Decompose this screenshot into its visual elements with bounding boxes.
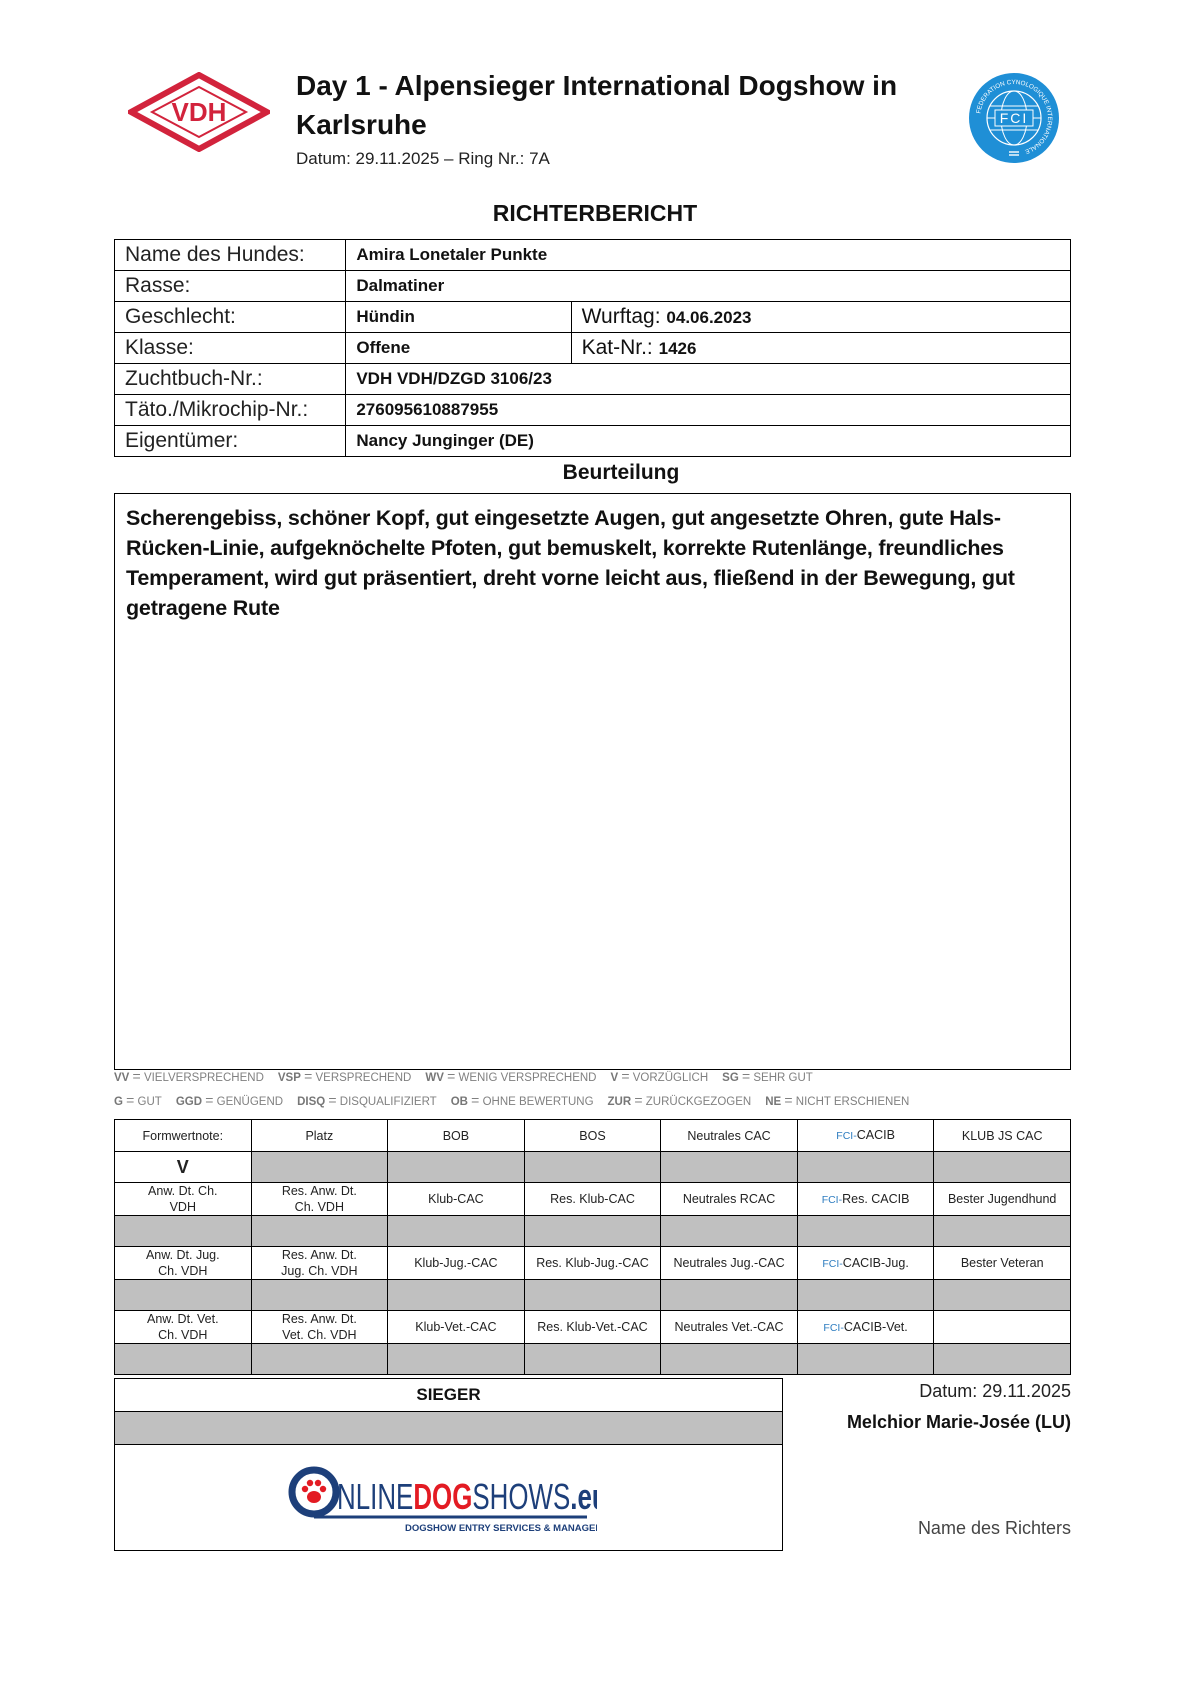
- label-chip-no: Täto./Mikrochip-Nr.:: [115, 395, 346, 426]
- results-label-cell: KLUB JS CAC: [934, 1120, 1071, 1152]
- results-label-cell: Klub-Vet.-CAC: [388, 1311, 525, 1344]
- results-value-cell: [388, 1344, 525, 1375]
- label-birth-date: Wurftag:: [582, 305, 661, 328]
- catalog-no-cell: Kat-Nr.: 1426: [571, 333, 1070, 364]
- results-label-cell: Neutrales RCAC: [661, 1183, 798, 1216]
- results-value-cell: [251, 1152, 388, 1183]
- results-label-cell: Anw. Dt. Vet. Ch. VDH: [115, 1311, 252, 1344]
- legend-item: G = Gut: [114, 1096, 162, 1108]
- value-studbook-no: VDH VDH/DZGD 3106/23: [346, 364, 1071, 395]
- label-sex: Geschlecht:: [115, 302, 346, 333]
- results-value-cell: [934, 1152, 1071, 1183]
- row-breed: Rasse: Dalmatiner: [115, 271, 1071, 302]
- results-value-cell: [388, 1280, 525, 1311]
- results-label-cell: Anw. Dt. Jug. Ch. VDH: [115, 1247, 252, 1280]
- label-studbook-no: Zuchtbuch-Nr.:: [115, 364, 346, 395]
- results-label-cell: Klub-CAC: [388, 1183, 525, 1216]
- results-value-cell: [388, 1216, 525, 1247]
- sponsor-logo-area: NLINEDOGSHOWS.eu DOGSHOW ENTRY SERVICES …: [115, 1445, 782, 1550]
- results-label-cell: Formwertnote:: [115, 1120, 252, 1152]
- results-label-cell: BOB: [388, 1120, 525, 1152]
- results-value-cell: [661, 1280, 798, 1311]
- results-label-row: Formwertnote:PlatzBOBBOSNeutrales CACFCI…: [115, 1120, 1071, 1152]
- results-label-cell: Res. Klub-CAC: [524, 1183, 661, 1216]
- row-chip: Täto./Mikrochip-Nr.: 276095610887955: [115, 395, 1071, 426]
- formwertnote-value: V: [115, 1152, 252, 1183]
- results-label-row: Anw. Dt. Ch. VDHRes. Anw. Dt. Ch. VDHKlu…: [115, 1183, 1071, 1216]
- results-label-cell: [934, 1311, 1071, 1344]
- legend-item: V = Vorzüglich: [611, 1072, 709, 1084]
- results-label-cell: Bester Jugendhund: [934, 1183, 1071, 1216]
- results-value-cell: [934, 1344, 1071, 1375]
- results-label-cell: FCI-Res. CACIB: [797, 1183, 934, 1216]
- legend-item: ZUR = Zurückgezogen: [608, 1096, 752, 1108]
- results-value-row: V: [115, 1152, 1071, 1183]
- judge-name: Melchior Marie-Josée (LU): [847, 1412, 1071, 1433]
- results-value-cell: [797, 1344, 934, 1375]
- judge-date: Datum: 29.11.2025: [919, 1381, 1071, 1402]
- legend-item: VV = Vielversprechend: [114, 1072, 264, 1084]
- results-value-cell: [524, 1152, 661, 1183]
- results-value-cell: [934, 1280, 1071, 1311]
- label-dog-name: Name des Hundes:: [115, 240, 346, 271]
- results-label-cell: Anw. Dt. Ch. VDH: [115, 1183, 252, 1216]
- results-table: Formwertnote:PlatzBOBBOSNeutrales CACFCI…: [114, 1119, 1071, 1375]
- legend-item: NE = Nicht erschienen: [765, 1096, 909, 1108]
- results-value-cell: [934, 1216, 1071, 1247]
- value-owner: Nancy Junginger (DE): [346, 426, 1071, 457]
- results-value-cell: [797, 1216, 934, 1247]
- results-value-cell: [251, 1280, 388, 1311]
- results-value-cell: [115, 1280, 252, 1311]
- sieger-value: [115, 1412, 782, 1445]
- row-name: Name des Hundes: Amira Lonetaler Punkte: [115, 240, 1071, 271]
- results-label-cell: Klub-Jug.-CAC: [388, 1247, 525, 1280]
- report-title: RICHTERBERICHT: [0, 200, 1190, 227]
- results-value-row: [115, 1280, 1071, 1311]
- legend-line-2: G = GutGGD = GenügendDISQ = Disqualifizi…: [114, 1092, 923, 1108]
- results-label-cell: Res. Anw. Dt. Ch. VDH: [251, 1183, 388, 1216]
- results-value-cell: [661, 1344, 798, 1375]
- legend-item: WV = Wenig versprechend: [425, 1072, 596, 1084]
- assessment-heading: Beurteilung: [0, 461, 1190, 485]
- judge-name-label: Name des Richters: [918, 1518, 1071, 1539]
- results-label-row: Anw. Dt. Vet. Ch. VDHRes. Anw. Dt. Vet. …: [115, 1311, 1071, 1344]
- legend-item: DISQ = Disqualifiziert: [297, 1096, 437, 1108]
- label-owner: Eigentümer:: [115, 426, 346, 457]
- birth-date-cell: Wurftag: 04.06.2023: [571, 302, 1070, 333]
- value-catalog-no: 1426: [659, 339, 697, 358]
- svg-text:NLINEDOGSHOWS.eu: NLINEDOGSHOWS.eu: [337, 1477, 597, 1517]
- results-label-row: Anw. Dt. Jug. Ch. VDHRes. Anw. Dt. Jug. …: [115, 1247, 1071, 1280]
- results-label-cell: Neutrales CAC: [661, 1120, 798, 1152]
- legend-item: OB = Ohne Bewertung: [451, 1096, 594, 1108]
- results-label-cell: Res. Anw. Dt. Vet. Ch. VDH: [251, 1311, 388, 1344]
- fci-logo-icon: FCI FEDERATION CYNOLOGIQUE INTERNATIONAL…: [968, 72, 1060, 164]
- label-catalog-no: Kat-Nr.:: [582, 336, 653, 359]
- svg-text:VDH: VDH: [172, 97, 227, 127]
- results-label-cell: BOS: [524, 1120, 661, 1152]
- value-chip-no: 276095610887955: [346, 395, 1071, 426]
- results-label-cell: Bester Veteran: [934, 1247, 1071, 1280]
- row-studbook: Zuchtbuch-Nr.: VDH VDH/DZGD 3106/23: [115, 364, 1071, 395]
- value-dog-name: Amira Lonetaler Punkte: [346, 240, 1071, 271]
- results-value-cell: [115, 1216, 252, 1247]
- row-class: Klasse: Offene Kat-Nr.: 1426: [115, 333, 1071, 364]
- results-value-cell: [251, 1344, 388, 1375]
- legend-item: VSP = Versprechend: [278, 1072, 411, 1084]
- results-value-cell: [524, 1280, 661, 1311]
- results-value-cell: [251, 1216, 388, 1247]
- page-title: Day 1 - Alpensieger International Dogsho…: [296, 66, 936, 144]
- value-birth-date: 04.06.2023: [666, 308, 751, 327]
- assessment-text: Scherengebiss, schöner Kopf, gut eingese…: [126, 503, 1059, 623]
- results-value-cell: [524, 1344, 661, 1375]
- label-class: Klasse:: [115, 333, 346, 364]
- assessment-box: Scherengebiss, schöner Kopf, gut eingese…: [114, 493, 1071, 1070]
- results-label-cell: Res. Anw. Dt. Jug. Ch. VDH: [251, 1247, 388, 1280]
- dog-info-table: Name des Hundes: Amira Lonetaler Punkte …: [114, 239, 1071, 457]
- results-label-cell: Neutrales Vet.-CAC: [661, 1311, 798, 1344]
- results-value-cell: [797, 1280, 934, 1311]
- sieger-label: SIEGER: [115, 1379, 782, 1412]
- results-value-row: [115, 1344, 1071, 1375]
- legend-line-1: VV = VielversprechendVSP = VersprechendW…: [114, 1068, 827, 1084]
- results-value-cell: [524, 1216, 661, 1247]
- svg-text:FCI: FCI: [1000, 110, 1029, 126]
- onlinedogshows-logo-icon: NLINEDOGSHOWS.eu DOGSHOW ENTRY SERVICES …: [287, 1465, 597, 1537]
- results-label-cell: Platz: [251, 1120, 388, 1152]
- results-label-cell: FCI-CACIB-Jug.: [797, 1247, 934, 1280]
- results-value-cell: [115, 1344, 252, 1375]
- results-label-cell: Neutrales Jug.-CAC: [661, 1247, 798, 1280]
- results-label-cell: Res. Klub-Vet.-CAC: [524, 1311, 661, 1344]
- value-breed: Dalmatiner: [346, 271, 1071, 302]
- sieger-box: SIEGER NLINEDOGSHOWS.eu DOGSHOW ENTRY SE…: [114, 1378, 783, 1551]
- results-label-cell: Res. Klub-Jug.-CAC: [524, 1247, 661, 1280]
- results-value-cell: [661, 1216, 798, 1247]
- results-label-cell: FCI-CACIB-Vet.: [797, 1311, 934, 1344]
- results-value-row: [115, 1216, 1071, 1247]
- value-class: Offene: [346, 333, 571, 364]
- svg-text:DOGSHOW ENTRY SERVICES & MANAG: DOGSHOW ENTRY SERVICES & MANAGEMENT: [405, 1523, 597, 1534]
- results-value-cell: [661, 1152, 798, 1183]
- row-sex: Geschlecht: Hündin Wurftag: 04.06.2023: [115, 302, 1071, 333]
- vdh-logo-icon: VDH: [128, 72, 270, 152]
- date-ring-subtitle: Datum: 29.11.2025 – Ring Nr.: 7A: [296, 149, 550, 169]
- label-breed: Rasse:: [115, 271, 346, 302]
- results-value-cell: [388, 1152, 525, 1183]
- value-sex: Hündin: [346, 302, 571, 333]
- legend-item: GGD = Genügend: [176, 1096, 283, 1108]
- legend-item: SG = Sehr gut: [722, 1072, 813, 1084]
- row-owner: Eigentümer: Nancy Junginger (DE): [115, 426, 1071, 457]
- results-value-cell: [797, 1152, 934, 1183]
- results-label-cell: FCI-CACIB: [797, 1120, 934, 1152]
